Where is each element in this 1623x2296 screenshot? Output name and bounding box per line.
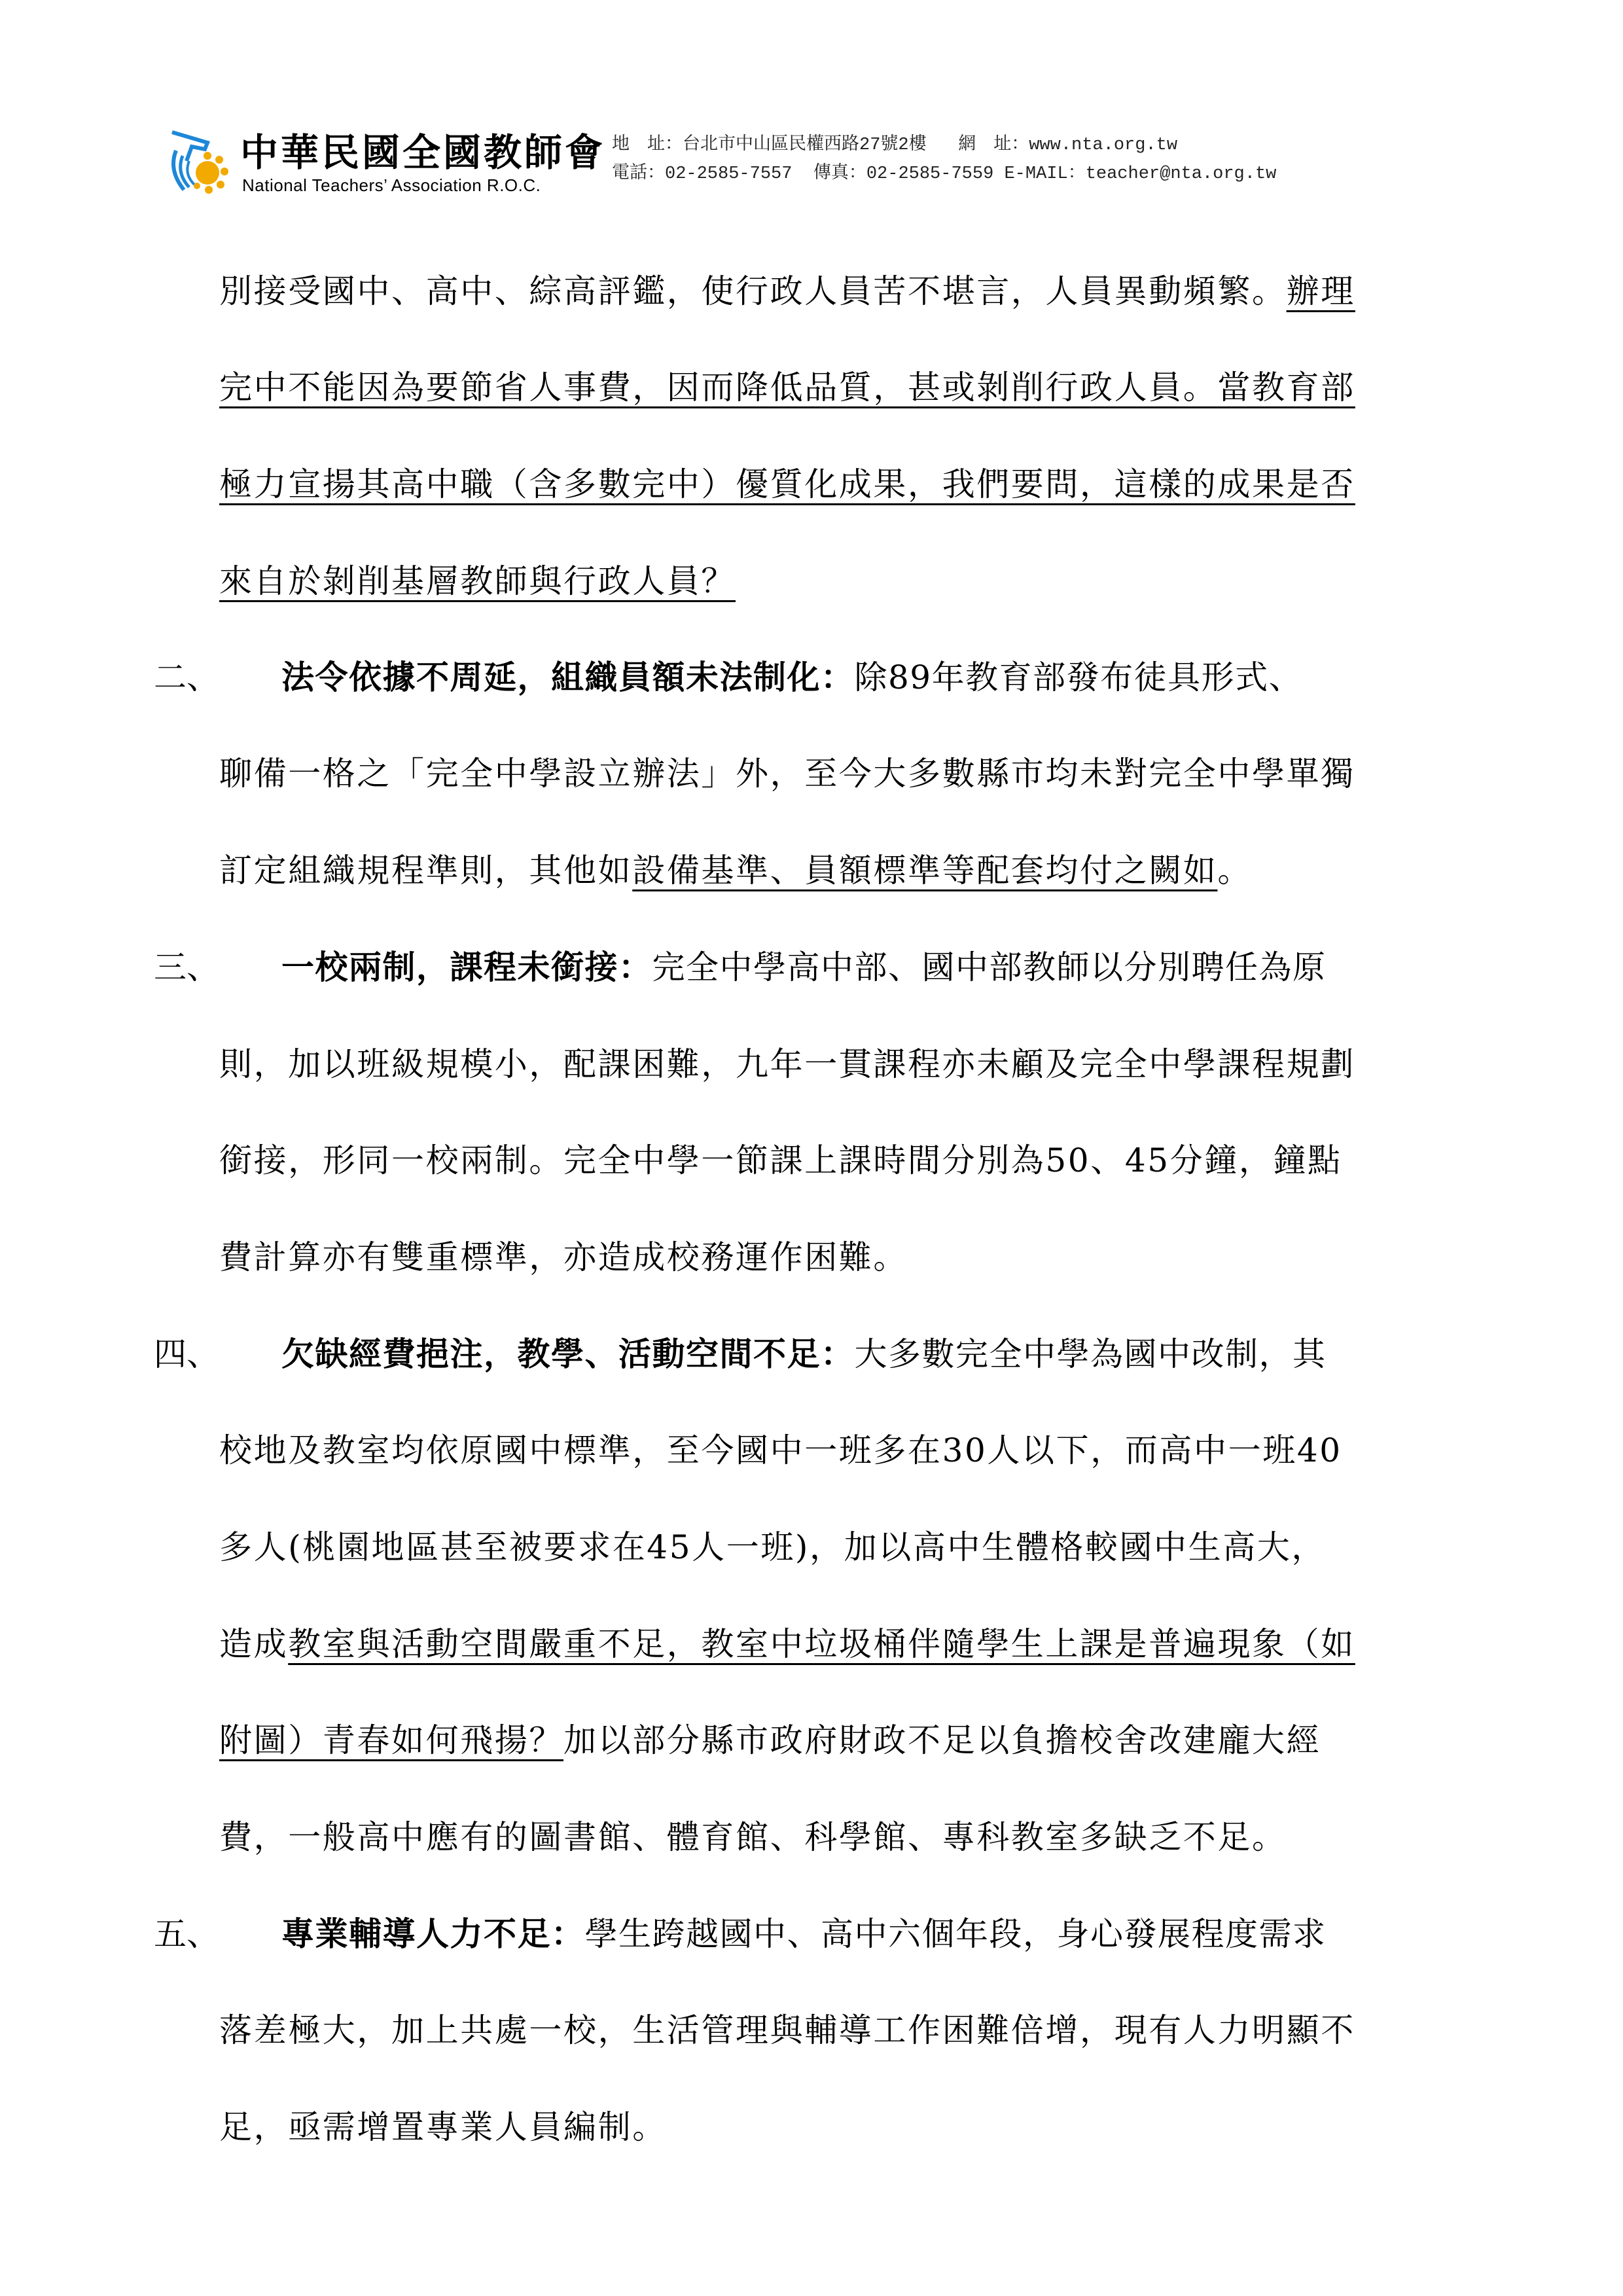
text-underlined: 附圖）青春如何飛揚？ bbox=[219, 1721, 563, 1759]
fax-value: 02-2585-7559 bbox=[866, 164, 993, 184]
list-marker: 五、 bbox=[154, 1914, 219, 1954]
list-item-heading-line: 法令依據不周延，組織員額未法制化：除89年教育部發布徒具形式、 bbox=[281, 658, 1302, 697]
address-value: 台北市中山區民權西路27號2樓 bbox=[683, 135, 927, 155]
fax-label: 傳真： bbox=[813, 164, 866, 184]
list-item-heading-line: 欠缺經費挹注，教學、活動空間不足：大多數完全中學為國中改制，其 bbox=[281, 1335, 1327, 1374]
contact-info: 地 址：台北市中山區民權西路27號2樓 網 址：www.nta.org.tw 電… bbox=[612, 131, 1276, 188]
paragraph-line: 多人(桃園地區甚至被要求在45人一班)，加以高中生體格較國中生高大， bbox=[219, 1528, 1326, 1567]
text-plain: 。 bbox=[1217, 852, 1252, 889]
list-item-heading-line: 一校兩制，課程未銜接：完全中學高中部、國中部教師以分別聘任為原 bbox=[281, 948, 1327, 987]
paragraph-line: 聊備一格之「完全中學設立辦法」外，至今大多數縣市均未對完全中學單獨 bbox=[219, 754, 1355, 793]
contact-row-phone: 電話：02-2585-7557 傳真：02-2585-7559 E-MAIL：t… bbox=[612, 160, 1276, 188]
list-item-title: 專業輔導人力不足： bbox=[281, 1914, 585, 1953]
paragraph-line: 訂定組織規程準則，其他如設備基準、員額標準等配套均付之闕如。 bbox=[219, 851, 1252, 890]
list-item-title: 一校兩制，課程未銜接： bbox=[281, 948, 652, 986]
paragraph-line: 造成教室與活動空間嚴重不足，教室中垃圾桶伴隨學生上課是普遍現象（如 bbox=[219, 1624, 1355, 1664]
text-underlined: 設備基準、員額標準等配套均付之闕如 bbox=[632, 852, 1217, 889]
nta-logo-icon bbox=[167, 124, 236, 203]
paragraph-line: 附圖）青春如何飛揚？加以部分縣市政府財政不足以負擔校舍改建龐大經 bbox=[219, 1721, 1321, 1760]
paragraph-line: 完中不能因為要節省人事費，因而降低品質，甚或剝削行政人員。當教育部 bbox=[219, 368, 1355, 407]
text-plain: 訂定組織規程準則，其他如 bbox=[219, 852, 632, 889]
phone-value: 02-2585-7557 bbox=[665, 164, 792, 184]
org-name-en: National Teachers’ Association R.O.C. bbox=[242, 175, 541, 196]
paragraph-line: 極力宣揚其高中職（含多數完中）優質化成果，我們要問，這樣的成果是否 bbox=[219, 465, 1355, 504]
text-underlined: 辦理 bbox=[1287, 272, 1355, 310]
email-label: E-MAIL： bbox=[1004, 164, 1085, 184]
list-item-heading-line: 專業輔導人力不足：學生跨越國中、高中六個年段，身心發展程度需求 bbox=[281, 1914, 1327, 1954]
phone-label: 電話： bbox=[612, 164, 665, 184]
paragraph-line: 落差極大，加上共處一校，生活管理與輔導工作困難倍增，現有人力明顯不 bbox=[219, 2011, 1355, 2050]
paragraph-line: 校地及教室均依原國中標準，至今國中一班多在30人以下，而高中一班40 bbox=[219, 1431, 1342, 1470]
text-plain: 學生跨越國中、高中六個年段，身心發展程度需求 bbox=[585, 1915, 1327, 1953]
website-label: 網 址： bbox=[958, 135, 1029, 155]
address-label: 地 址： bbox=[612, 135, 683, 155]
paragraph-line: 費計算亦有雙重標準，亦造成校務運作困難。 bbox=[219, 1238, 908, 1277]
letterhead: 中華民國全國教師會 National Teachers’ Association… bbox=[167, 124, 1476, 203]
text-plain: 完全中學高中部、國中部教師以分別聘任為原 bbox=[652, 948, 1327, 986]
list-marker: 三、 bbox=[154, 948, 219, 987]
paragraph-line: 費，一般高中應有的圖書館、體育館、科學館、專科教室多缺乏不足。 bbox=[219, 1818, 1287, 1857]
paragraph-line: 足，亟需增置專業人員編制。 bbox=[219, 2108, 667, 2147]
text-plain: 除89年教育部發布徒具形式、 bbox=[855, 658, 1303, 696]
list-marker: 二、 bbox=[154, 658, 219, 697]
text-plain: 別接受國中、高中、綜高評鑑，使行政人員苦不堪言，人員異動頻繁。 bbox=[219, 272, 1287, 310]
org-name-cn: 中華民國全國教師會 bbox=[240, 130, 605, 175]
list-item-title: 欠缺經費挹注，教學、活動空間不足： bbox=[281, 1335, 855, 1373]
paragraph-line: 則，加以班級規模小，配課困難，九年一貫課程亦未顧及完全中學課程規劃 bbox=[219, 1045, 1355, 1084]
text-underlined: 教室與活動空間嚴重不足，教室中垃圾桶伴隨學生上課是普遍現象（如 bbox=[288, 1625, 1355, 1663]
list-marker: 四、 bbox=[154, 1335, 219, 1374]
list-item-title: 法令依據不周延，組織員額未法制化： bbox=[281, 658, 855, 696]
email-link[interactable]: teacher@nta.org.tw bbox=[1086, 164, 1277, 184]
paragraph-line: 來自於剝削基層教師與行政人員？ bbox=[219, 562, 736, 601]
website-link[interactable]: www.nta.org.tw bbox=[1029, 135, 1177, 155]
text-plain: 加以部分縣市政府財政不足以負擔校舍改建龐大經 bbox=[563, 1721, 1321, 1759]
text-plain: 造成 bbox=[219, 1625, 288, 1663]
text-plain: 大多數完全中學為國中改制，其 bbox=[855, 1335, 1327, 1373]
paragraph-line: 銜接，形同一校兩制。完全中學一節課上課時間分別為50、45分鐘，鐘點 bbox=[219, 1141, 1342, 1180]
contact-row-address: 地 址：台北市中山區民權西路27號2樓 網 址：www.nta.org.tw bbox=[612, 131, 1276, 160]
paragraph-line: 別接受國中、高中、綜高評鑑，使行政人員苦不堪言，人員異動頻繁。辦理 bbox=[219, 272, 1355, 311]
